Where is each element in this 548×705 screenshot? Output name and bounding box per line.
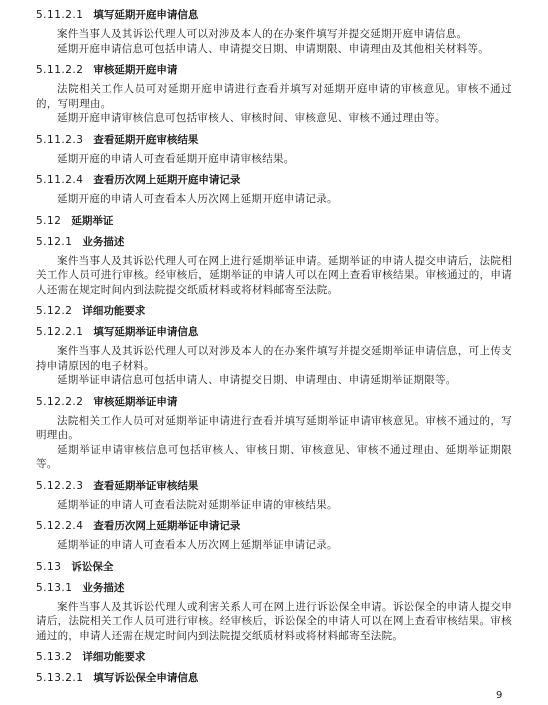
section-5-11-2-1-heading: 5.11.2.1填写延期开庭申请信息: [36, 8, 512, 22]
section-5-13-2-heading: 5.13.2详细功能要求: [36, 650, 512, 664]
paragraph: 延期举证的申请人可查看法院对延期举证申请的审核结果。: [36, 498, 512, 513]
section-5-12-2-1-heading: 5.12.2.1填写延期举证申请信息: [36, 325, 512, 339]
section-5-12-2-2-heading: 5.12.2.2审核延期举证申请: [36, 395, 512, 409]
section-5-12-2-heading: 5.12.2详细功能要求: [36, 304, 512, 318]
section-5-12-2-4-heading: 5.12.2.4查看历次网上延期举证申请记录: [36, 519, 512, 533]
paragraph: 案件当事人及其诉讼代理人可在网上进行延期举证申请。延期举证的申请人提交申请后，法…: [36, 254, 512, 298]
section-5-12-1-heading: 5.12.1业务描述: [36, 235, 512, 249]
section-5-11-2-4-heading: 5.11.2.4查看历次网上延期开庭申请记录: [36, 173, 512, 187]
paragraph: 案件当事人及其诉讼代理人或利害关系人可在网上进行诉讼保全申请。诉讼保全的申请人提…: [36, 600, 512, 644]
page-number: 9: [496, 690, 502, 701]
paragraph: 法院相关工作人员可对延期开庭申请进行查看并填写对延期开庭申请的审核意见。审核不通…: [36, 82, 512, 111]
paragraph: 延期开庭的申请人可查看延期开庭申请审核结果。: [36, 152, 512, 167]
paragraph: 延期举证的申请人可查看本人历次网上延期举证申请记录。: [36, 538, 512, 553]
section-5-13-2-1-heading: 5.13.2.1填写诉讼保全申请信息: [36, 671, 512, 685]
paragraph: 延期举证申请审核信息可包括审核人、审核日期、审核意见、审核不通过理由、延期举证期…: [36, 443, 512, 472]
document-page: 5.11.2.1填写延期开庭申请信息 案件当事人及其诉讼代理人可以对涉及本人的在…: [36, 8, 512, 685]
section-5-13-1-heading: 5.13.1业务描述: [36, 581, 512, 595]
paragraph: 延期开庭申请审核信息可包括审核人、审核时间、审核意见、审核不通过理由等。: [36, 111, 512, 126]
paragraph: 延期开庭申请信息可包括申请人、申请提交日期、申请期限、申请理由及其他相关材料等。: [36, 42, 512, 57]
paragraph: 延期举证申请信息可包括申请人、申请提交日期、申请理由、申请延期举证期限等。: [36, 373, 512, 388]
paragraph: 案件当事人及其诉讼代理人可以对涉及本人的在办案件填写并提交延期举证申请信息，可上…: [36, 344, 512, 373]
section-5-12-heading: 5.12延期举证: [36, 214, 512, 228]
section-5-12-2-3-heading: 5.12.2.3查看延期举证审核结果: [36, 479, 512, 493]
paragraph: 延期开庭的申请人可查看本人历次网上延期开庭申请记录。: [36, 192, 512, 207]
section-5-11-2-3-heading: 5.11.2.3查看延期开庭审核结果: [36, 133, 512, 147]
section-5-13-heading: 5.13诉讼保全: [36, 560, 512, 574]
paragraph: 法院相关工作人员可对延期举证申请进行查看并填写延期举证申请审核意见。审核不通过的…: [36, 414, 512, 443]
paragraph: 案件当事人及其诉讼代理人可以对涉及本人的在办案件填写并提交延期开庭申请信息。: [36, 27, 512, 42]
section-5-11-2-2-heading: 5.11.2.2审核延期开庭申请: [36, 63, 512, 77]
